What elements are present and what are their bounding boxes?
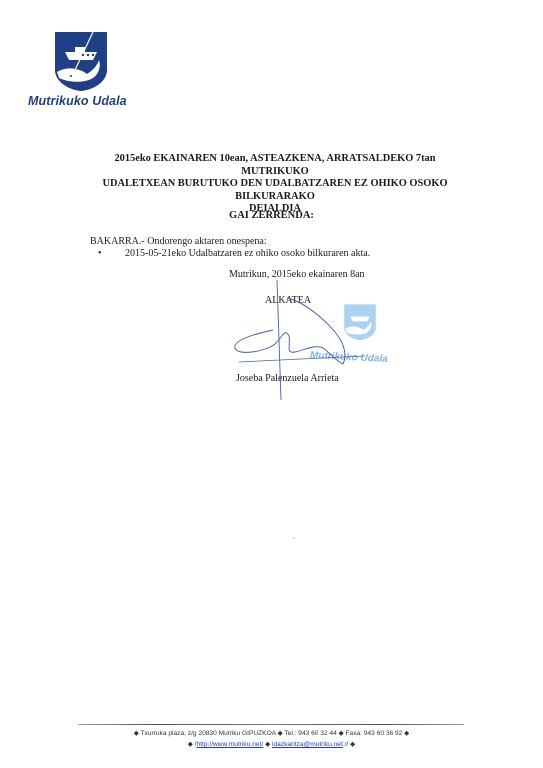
scan-artifact bbox=[293, 537, 295, 539]
document-title: 2015eko EKAINAREN 10ean, ASTEAZKENA, ARR… bbox=[80, 153, 470, 216]
agenda-item-heading: BAKARRA.- Ondorengo aktaren onespena: bbox=[90, 236, 267, 247]
footer-links: ◆ /http://www.mutriku.net/ ◆ idazkaritza… bbox=[0, 740, 543, 748]
title-line: UDALETXEAN BURUTUKO DEN UDALBATZAREN EZ … bbox=[80, 178, 470, 203]
agenda-heading: GAI ZERRENDA: bbox=[0, 210, 543, 221]
agenda-item-text: 2015-05-21eko Udalbatzaren ez ohiko osok… bbox=[125, 248, 370, 259]
municipality-name: Mutrikuko Udala bbox=[28, 94, 127, 108]
footer-prefix: ◆ / bbox=[188, 741, 197, 748]
website-link[interactable]: http://www.mutriku.net/ bbox=[197, 741, 264, 748]
footer-divider bbox=[78, 724, 464, 725]
title-line: 2015eko EKAINAREN 10ean, ASTEAZKENA, ARR… bbox=[80, 153, 470, 178]
bullet-icon: • bbox=[98, 248, 102, 259]
footer-separator: ◆ bbox=[263, 741, 272, 748]
footer-suffix: // ◆ bbox=[343, 741, 355, 748]
footer-address: ◆ Txurruka plaza, z/g 20830 Mutriku GIPU… bbox=[0, 729, 543, 737]
municipal-shield-logo-icon bbox=[53, 30, 109, 92]
signer-name: Joseba Palenzuela Arrieta bbox=[236, 373, 339, 384]
email-link[interactable]: idazkaritza@mutriku.net bbox=[272, 741, 343, 748]
